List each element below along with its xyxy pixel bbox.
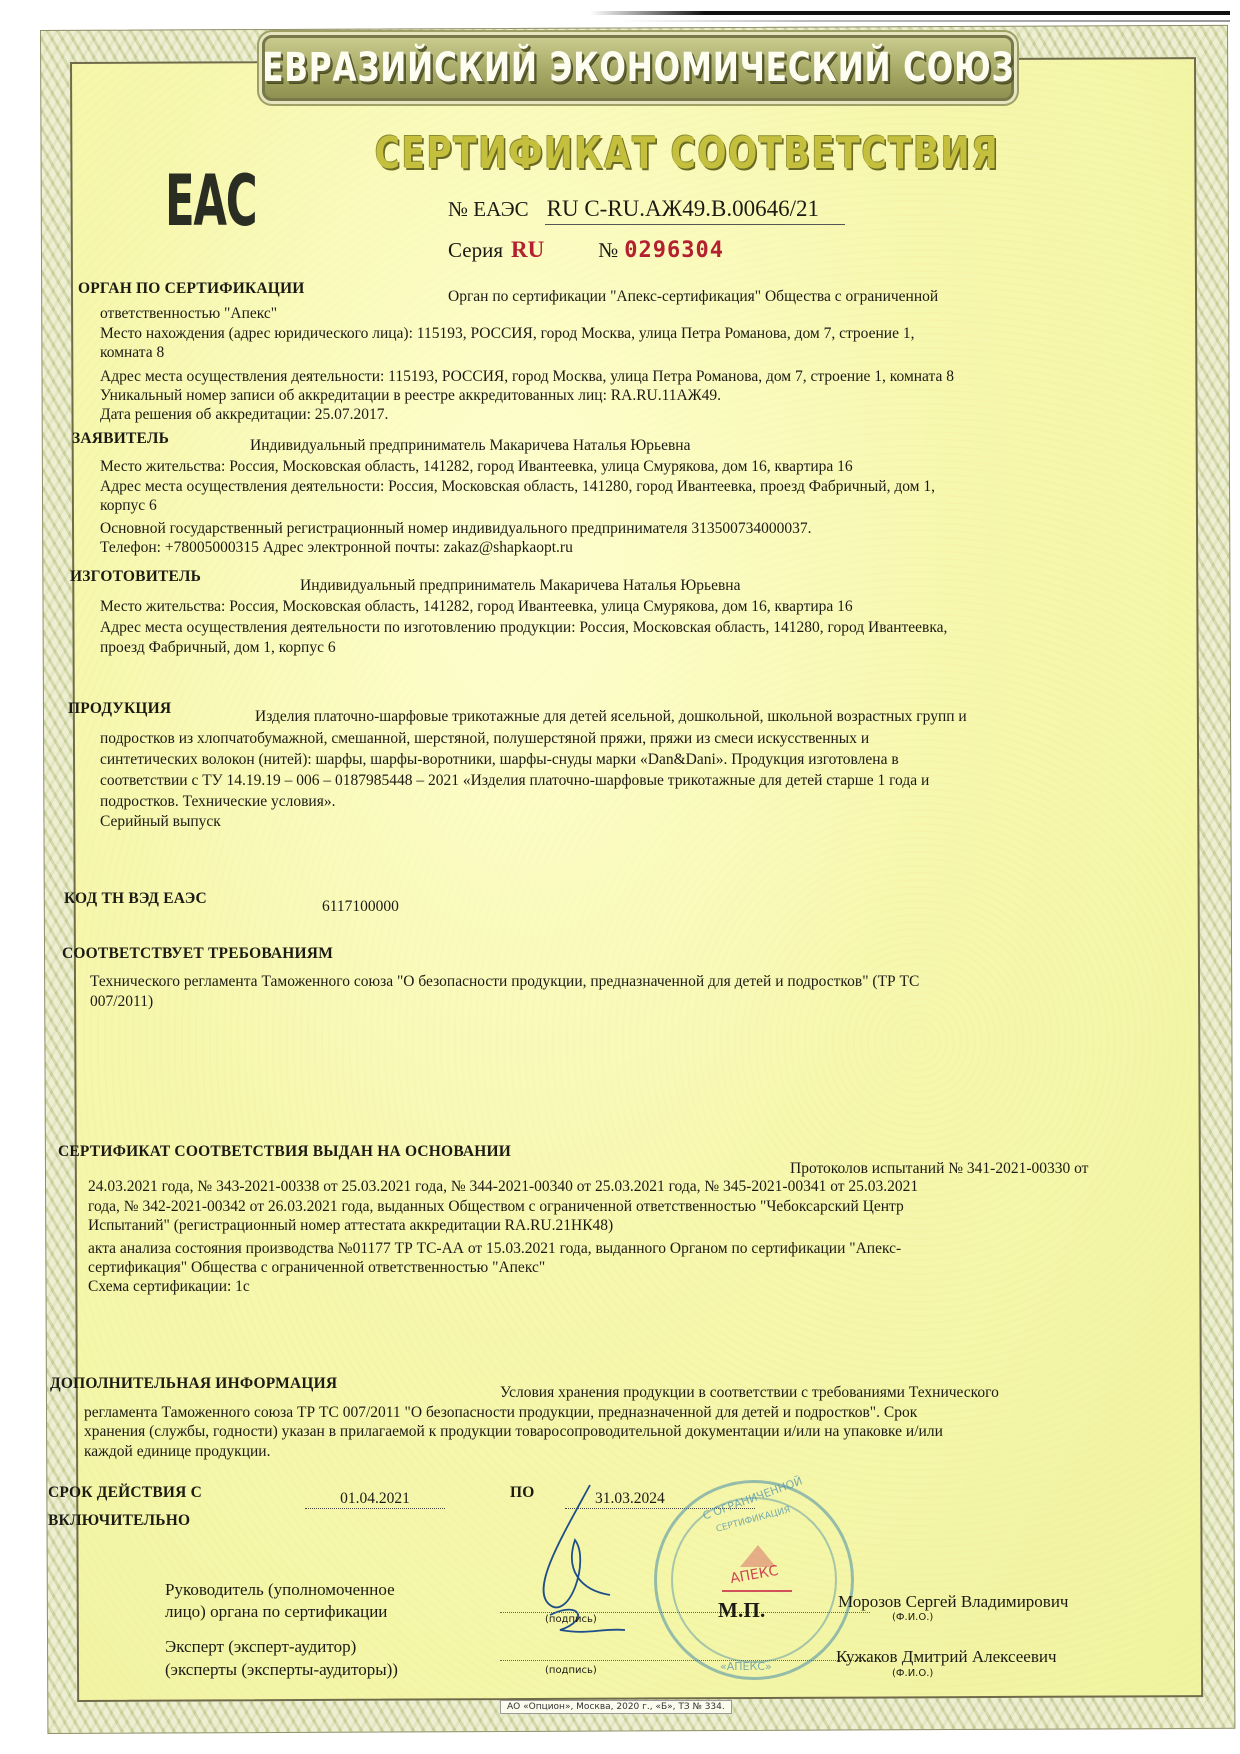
basis-line: 24.03.2021 года, № 343-2021-00338 от 25.…	[88, 1178, 918, 1196]
head-signature-caption: (подпись)	[545, 1614, 597, 1625]
product-heading: ПРОДУКЦИЯ	[68, 700, 171, 718]
validity-from-label: СРОК ДЕЙСТВИЯ С	[48, 1484, 202, 1502]
validity-from-date: 01.04.2021	[305, 1490, 445, 1509]
basis-line: Испытаний" (регистрационный номер аттест…	[88, 1217, 613, 1235]
union-banner: ЕВРАЗИЙСКИЙ ЭКОНОМИЧЕСКИЙ СОЮЗ	[262, 35, 1014, 101]
additional-line: каждой единице продукции.	[84, 1443, 270, 1461]
product-line: соответствии с ТУ 14.19.19 – 006 – 01879…	[100, 772, 929, 790]
product-line: Серийный выпуск	[100, 813, 221, 831]
union-name: ЕВРАЗИЙСКИЙ ЭКОНОМИЧЕСКИЙ СОЮЗ	[262, 45, 1014, 91]
product-line: подростков. Технические условия».	[100, 793, 335, 811]
additional-heading: ДОПОЛНИТЕЛЬНАЯ ИНФОРМАЦИЯ	[50, 1375, 337, 1393]
applicant-line: корпус 6	[100, 497, 157, 515]
scan-artifact-line	[590, 11, 1230, 15]
basis-line: Протоколов испытаний № 341-2021-00330 от	[790, 1160, 1088, 1178]
basis-heading: СЕРТИФИКАТ СООТВЕТСТВИЯ ВЫДАН НА ОСНОВАН…	[58, 1143, 511, 1161]
seal-place: М.П.	[718, 1598, 765, 1623]
certification-body-line: комната 8	[100, 344, 164, 362]
series-row: СерияRU№0296304	[448, 237, 724, 263]
series-label: Серия	[448, 238, 503, 262]
expert-signature-line	[500, 1660, 870, 1661]
printer-imprint: АО «Опцион», Москва, 2020 г., «Б», ТЗ № …	[500, 1700, 732, 1714]
expert-signature-caption: (подпись)	[545, 1665, 597, 1676]
applicant-heading: ЗАЯВИТЕЛЬ	[72, 430, 169, 448]
requirements-line: 007/2011)	[90, 993, 153, 1011]
tnved-heading: КОД ТН ВЭД ЕАЭС	[64, 890, 207, 908]
basis-line: Схема сертификации: 1с	[88, 1278, 250, 1296]
stamp-text-bottom: «АПЕКС»	[720, 1660, 772, 1673]
eac-logo-icon: ЕАС	[165, 160, 256, 242]
certification-body-heading: ОРГАН ПО СЕРТИФИКАЦИИ	[78, 280, 305, 298]
validity-inclusive: ВКЛЮЧИТЕЛЬНО	[48, 1512, 190, 1530]
basis-line: акта анализа состояния производства №011…	[88, 1240, 901, 1258]
applicant-line: Телефон: +78005000315 Адрес электронной …	[100, 539, 573, 557]
manufacturer-line: Адрес места осуществления деятельности п…	[100, 619, 947, 637]
tnved-value: 6117100000	[322, 898, 399, 916]
requirements-heading: СООТВЕТСТВУЕТ ТРЕБОВАНИЯМ	[62, 945, 333, 963]
apex-logo-icon: АПЕКС	[722, 1545, 792, 1592]
head-name: Морозов Сергей Владимирович	[838, 1592, 1068, 1612]
certification-body-line: Уникальный номер записи об аккредитации …	[100, 387, 721, 405]
manufacturer-line: Индивидуальный предприниматель Макаричев…	[300, 577, 740, 595]
additional-line: хранения (службы, годности) указан в при…	[84, 1423, 943, 1441]
expert-name-caption: (Ф.И.О.)	[892, 1668, 933, 1679]
blank-number-value: 0296304	[624, 238, 724, 263]
manufacturer-heading: ИЗГОТОВИТЕЛЬ	[70, 568, 201, 586]
blank-number-label: №	[598, 238, 618, 262]
series-value: RU	[511, 237, 544, 262]
applicant-line: Адрес места осуществления деятельности: …	[100, 478, 935, 496]
head-name-caption: (Ф.И.О.)	[892, 1612, 933, 1623]
basis-line: сертификация" Общества с ограниченной от…	[88, 1259, 545, 1277]
additional-line: регламента Таможенного союза ТР ТС 007/2…	[84, 1404, 917, 1422]
manufacturer-line: Место жительства: Россия, Московская обл…	[100, 598, 853, 616]
applicant-line: Основной государственный регистрационный…	[100, 520, 812, 538]
additional-line: Условия хранения продукции в соответстви…	[500, 1384, 999, 1402]
basis-line: года, № 342-2021-00342 от 26.03.2021 год…	[88, 1198, 904, 1216]
applicant-line: Индивидуальный предприниматель Макаричев…	[250, 437, 690, 455]
certification-body-line: Орган по сертификации "Апекс-сертификаци…	[448, 288, 938, 306]
product-line: Изделия платочно-шарфовые трикотажные дл…	[255, 708, 967, 726]
head-signature-line	[500, 1612, 870, 1613]
expert-label: Эксперт (эксперт-аудитор)	[165, 1637, 356, 1657]
apex-logo-text: АПЕКС	[729, 1563, 780, 1587]
certification-body-line: Дата решения об аккредитации: 25.07.2017…	[100, 406, 388, 424]
expert-name: Кужаков Дмитрий Алексеевич	[836, 1647, 1057, 1667]
certification-body-line: ответственностью "Апекс"	[100, 305, 277, 323]
certificate-number: № ЕАЭСRU C-RU.АЖ49.В.00646/21	[448, 196, 819, 222]
certificate-number-underline	[545, 224, 845, 225]
product-line: подростков из хлопчатобумажной, смешанно…	[100, 730, 869, 748]
requirements-line: Технического регламента Таможенного союз…	[90, 973, 919, 991]
head-label-2: лицо) органа по сертификации	[165, 1602, 387, 1622]
certification-body-line: Адрес места осуществления деятельности: …	[100, 368, 954, 386]
scan-artifact-line-faint	[620, 20, 1230, 22]
expert-label-2: (эксперты (эксперты-аудиторы))	[165, 1660, 398, 1680]
head-label: Руководитель (уполномоченное	[165, 1580, 395, 1600]
certificate-number-label: № ЕАЭС	[448, 197, 529, 221]
certification-body-line: Место нахождения (адрес юридического лиц…	[100, 325, 914, 343]
manufacturer-line: проезд Фабричный, дом 1, корпус 6	[100, 639, 336, 657]
certificate-title: СЕРТИФИКАТ СООТВЕТСТВИЯ	[375, 128, 905, 179]
product-line: синтетических волокон (нитей): шарфы, ша…	[100, 751, 899, 769]
certificate-number-value: RU C-RU.АЖ49.В.00646/21	[547, 196, 819, 221]
applicant-line: Место жительства: Россия, Московская обл…	[100, 458, 853, 476]
